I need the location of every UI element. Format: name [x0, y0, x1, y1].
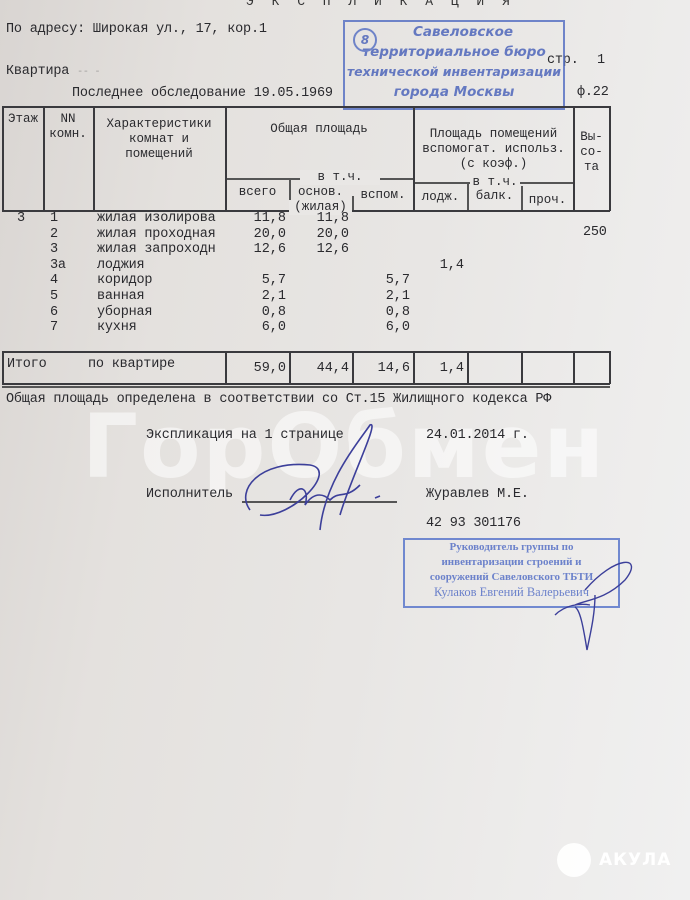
room-description: жилая изолирова — [97, 211, 216, 226]
room-description: жилая проходная — [97, 227, 216, 242]
logo-text: АКУЛА — [599, 850, 671, 870]
header-height-line: со- — [574, 145, 609, 160]
area-total: 6,0 — [226, 320, 286, 335]
totals-total: 59,0 — [226, 361, 286, 376]
header-aux-area-line: (с коэф.) — [414, 157, 573, 172]
header-total: всего — [226, 185, 289, 200]
totals-label: Итого — [7, 357, 47, 372]
room-number: 3а — [50, 258, 66, 273]
header-room-no-line: комн. — [44, 127, 92, 142]
totals-main: 44,4 — [290, 361, 349, 376]
room-description: жилая запроходн — [97, 242, 216, 257]
area-aux: 5,7 — [353, 273, 410, 288]
room-description: коридор — [97, 273, 152, 288]
area-main: 11,8 — [290, 211, 349, 226]
head-signature — [545, 545, 645, 655]
area-aux: 2,1 — [353, 289, 410, 304]
issue-date: 24.01.2014 г. — [426, 428, 529, 443]
room-number: 3 — [50, 242, 58, 257]
totals-label-2: по квартире — [88, 357, 175, 372]
stamp-line: технической инвентаризации — [345, 62, 563, 82]
area-total: 5,7 — [226, 273, 286, 288]
room-number: 4 — [50, 273, 58, 288]
room-number: 5 — [50, 289, 58, 304]
area-aux: 0,8 — [353, 305, 410, 320]
header-description: Характеристики комнат и помещений — [94, 117, 224, 162]
apartment-label: Квартира — [6, 64, 69, 79]
header-height-line: та — [574, 160, 609, 175]
area-total: 2,1 — [226, 289, 286, 304]
totals-loggia: 1,4 — [414, 361, 464, 376]
bti-stamp: 8 Савеловское территориальное бюро техни… — [343, 20, 565, 110]
stamp-line: Савеловское — [345, 22, 563, 42]
header-aux: вспом. — [353, 188, 413, 203]
last-survey: Последнее обследование 19.05.1969 — [72, 86, 333, 101]
header-description-line: помещений — [94, 147, 224, 162]
executor-label: Исполнитель — [146, 487, 233, 502]
header-main-line: основ. — [289, 185, 352, 200]
document-title: Э К С П Л И К А Ц И Я — [246, 0, 515, 9]
room-number: 2 — [50, 227, 58, 242]
stamp-line: города Москвы — [345, 82, 563, 102]
area-loggia: 1,4 — [414, 258, 464, 273]
header-aux-area-line: вспомогат. использ. — [414, 142, 573, 157]
form-label: ф.22 — [577, 85, 609, 100]
akula-logo: АКУЛА — [557, 843, 671, 877]
apartment: Квартира -- - — [6, 64, 100, 79]
floor-value: 3 — [17, 211, 25, 226]
height-value: 250 — [583, 225, 607, 240]
shark-icon — [557, 843, 591, 877]
area-total: 20,0 — [226, 227, 286, 242]
header-aux-area: Площадь помещений вспомогат. использ. (с… — [414, 127, 573, 172]
address: По адресу: Широкая ул., 17, кор.1 — [6, 22, 267, 37]
page-number: 1 — [597, 53, 605, 68]
header-total-area: Общая площадь — [226, 122, 412, 137]
header-room-no-line: NN — [44, 112, 92, 127]
room-description: уборная — [97, 305, 152, 320]
area-total: 0,8 — [226, 305, 286, 320]
room-number: 1 — [50, 211, 58, 226]
room-number: 7 — [50, 320, 58, 335]
header-other: проч. — [522, 193, 573, 208]
header-description-line: Характеристики — [94, 117, 224, 132]
apartment-value: -- - — [77, 67, 100, 78]
executor-name: Журавлев М.Е. — [426, 487, 529, 502]
area-total: 11,8 — [226, 211, 286, 226]
room-description: лоджия — [97, 258, 144, 273]
room-description: кухня — [97, 320, 137, 335]
area-total: 12,6 — [226, 242, 286, 257]
header-room-no: NN комн. — [44, 112, 92, 142]
stamp-number: 8 — [353, 28, 377, 52]
stamp-line: территориальное бюро — [345, 42, 563, 62]
room-description: ванная — [97, 289, 144, 304]
area-main: 12,6 — [290, 242, 349, 257]
totals-aux: 14,6 — [353, 361, 410, 376]
area-aux: 6,0 — [353, 320, 410, 335]
room-number: 6 — [50, 305, 58, 320]
header-height: Вы- со- та — [574, 130, 609, 175]
header-loggia: лодж. — [414, 190, 467, 205]
header-height-line: Вы- — [574, 130, 609, 145]
header-description-line: комнат и — [94, 132, 224, 147]
header-aux-area-line: Площадь помещений — [414, 127, 573, 142]
header-floor: Этаж — [4, 112, 42, 127]
header-incl: в т.ч. — [300, 170, 380, 185]
header-balcony: балк. — [468, 189, 521, 204]
area-main: 20,0 — [290, 227, 349, 242]
header-incl-2: в т.ч. — [470, 175, 520, 190]
executor-signature — [230, 420, 400, 535]
phone: 42 93 301176 — [426, 516, 521, 531]
